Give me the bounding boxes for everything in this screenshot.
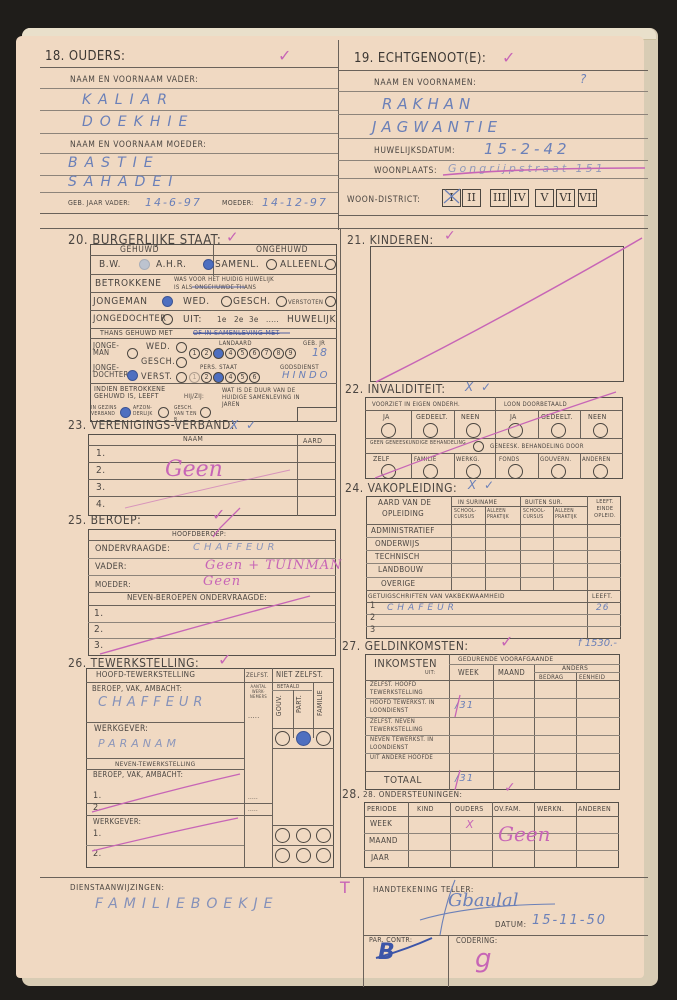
- in-gezins-label: IN GEZINS VERBAND: [91, 405, 117, 417]
- neven-dots-1: .....: [248, 794, 258, 801]
- treatment-anderen: ANDEREN: [582, 456, 611, 463]
- school-cursus-1: SCHOOL-CURSUS: [454, 508, 484, 520]
- jongedochter-label: JONGEDOCHTER: [93, 314, 166, 324]
- hij-zij-label: HIJ/ZIJ:: [184, 393, 204, 400]
- section-title: 24. VAKOPLEIDING:: [345, 481, 457, 495]
- school-cursus-2: SCHOOL-CURSUS: [523, 508, 553, 520]
- district-I[interactable]: I: [442, 189, 461, 207]
- huwelijk-label: HUWELIJK: [287, 314, 336, 325]
- col-aard-1: AARD VAN DE: [378, 499, 431, 506]
- group2-label: LOON DOORBETAALD: [504, 401, 567, 408]
- answer-ja-1: JA: [383, 414, 390, 421]
- in-gezins-radio[interactable]: [120, 407, 131, 418]
- birth-father-value: 14-6-97: [145, 196, 202, 209]
- duur-label-2: HUIDIGE SAMENLEVING IN: [222, 394, 300, 401]
- col-familie: FAMILIE: [317, 690, 324, 716]
- radio-gedeelt-2[interactable]: [551, 423, 566, 438]
- col-aard-2: OPLEIDING: [382, 510, 424, 517]
- wed-label: WED.: [183, 296, 210, 307]
- ondervraagde-label: ONDERVRAAGDE:: [95, 546, 170, 553]
- week-label: WEEK: [458, 669, 479, 676]
- mother-name-line-1: BASTIE: [68, 155, 160, 171]
- in-suriname: IN SURINAME: [458, 499, 497, 506]
- afzonderlijk-label: AFZON-DERLIJK: [133, 405, 157, 417]
- ordinal-more: .....: [266, 316, 279, 323]
- wed2-radio[interactable]: [176, 342, 187, 353]
- check-mark: ✓: [504, 780, 523, 796]
- jongeman-label: JONGEMAN: [93, 296, 148, 307]
- pers-staat-6[interactable]: 6: [249, 372, 260, 383]
- datum-label: DATUM:: [495, 920, 527, 929]
- section-title: 18. OUDERS:: [45, 49, 125, 64]
- jongedochter2-label: JONGE-DOCHTER: [93, 364, 123, 378]
- answer-neen-1: NEEN: [461, 414, 480, 421]
- radio-neven-part-2[interactable]: [296, 848, 311, 863]
- radio-familie[interactable]: [423, 464, 438, 479]
- row-jaar: JAAR: [371, 854, 389, 861]
- cert-3-num: 3: [370, 627, 375, 634]
- section-title: 23. VERENIGINGS-VERBAND:: [68, 418, 235, 432]
- geen-label: GEEN GENEESKUNDIGE BEHANDELING: [370, 440, 470, 446]
- answer-ja-2: JA: [510, 414, 517, 421]
- col-gouv: GOUV.: [276, 695, 283, 716]
- father-label: NAAM EN VOORNAAM VADER:: [70, 75, 198, 85]
- jongeman2-radio[interactable]: [127, 348, 138, 359]
- radio-neven-part-1[interactable]: [296, 828, 311, 843]
- betrokkene-label: BETROKKENE: [95, 278, 162, 289]
- zelfst-dots: .....: [248, 713, 260, 720]
- moeder-label: MOEDER:: [95, 581, 131, 588]
- kinderen-box[interactable]: [370, 246, 624, 382]
- cert-1-num: 1: [370, 603, 375, 610]
- hoofdberoep-label: HOOFDBEROEP:: [172, 531, 226, 538]
- radio-zelf[interactable]: [381, 464, 396, 479]
- col-aard: AARD: [303, 438, 322, 445]
- mark-x: X: [466, 818, 474, 831]
- col-werkn: WERKN.: [537, 806, 564, 813]
- option-bw-label: B.W.: [99, 259, 121, 270]
- pers-staat-2[interactable]: 2: [201, 372, 212, 383]
- radio-gouvern[interactable]: [551, 464, 566, 479]
- neven-row-2: 2.: [93, 803, 102, 813]
- section-title: 25. BEROEP:: [68, 513, 141, 527]
- jongeman2-label: JONGE-MAN: [93, 342, 123, 356]
- neven-beroep-label: BEROEP, VAK, AMBACHT:: [93, 771, 183, 778]
- datum-value: 15-11-50: [532, 913, 607, 928]
- col-kind: KIND: [417, 806, 434, 813]
- pers-staat-5[interactable]: 5: [237, 372, 248, 383]
- uit-label: UIT:: [425, 670, 435, 677]
- district-V[interactable]: V: [535, 189, 554, 207]
- gesch2-radio[interactable]: [176, 357, 187, 368]
- district-III[interactable]: III: [490, 189, 509, 207]
- ordinal-1: 1e: [217, 316, 227, 323]
- radio-ja-2[interactable]: [508, 423, 523, 438]
- mother-label: NAAM EN VOORNAAM MOEDER:: [70, 140, 207, 150]
- radio-part[interactable]: [296, 731, 311, 746]
- hoofd-label: HOOFD-TEWERKSTELLING: [96, 671, 195, 678]
- jongeman-radio[interactable]: [162, 296, 173, 307]
- duur-label-1: WAT IS DE DUUR VAN DE: [222, 387, 295, 394]
- vader-value: Geen + TUINMAN: [205, 558, 343, 573]
- landaard-9[interactable]: 9: [285, 348, 296, 359]
- marks: X ✓: [465, 380, 493, 394]
- neven-row-3: 3.: [94, 640, 104, 651]
- neven-werkgever-label: WERKGEVER:: [93, 818, 141, 825]
- treatment-fonds: FONDS: [499, 456, 519, 463]
- neven-dots-2: .....: [248, 806, 258, 813]
- row-maand: MAAND: [369, 837, 398, 844]
- radio-gouv[interactable]: [275, 731, 290, 746]
- birth-father-label: GEB. JAAR VADER:: [68, 200, 130, 207]
- wed-radio[interactable]: [221, 296, 232, 307]
- col-ovfam: OV.FAM.: [494, 806, 521, 813]
- section-title: 27. GELDINKOMSTEN:: [342, 639, 469, 653]
- marriage-date-value: 15-2-42: [484, 140, 571, 158]
- landaard-label: LANDAARD: [219, 340, 252, 347]
- radio-neven-gouv-1[interactable]: [275, 828, 290, 843]
- gescheiden-radio[interactable]: [200, 407, 211, 418]
- option-bw-radio[interactable]: [139, 259, 150, 270]
- mother-name-line-2: SAHADEI: [68, 174, 179, 190]
- landaard-2[interactable]: 2: [201, 348, 212, 359]
- werkgever-value: PARANAM: [98, 737, 180, 750]
- neven-row-1: 1.: [94, 608, 104, 619]
- divider: [340, 228, 341, 878]
- jongedochter2-radio[interactable]: [127, 370, 138, 381]
- landaard-1[interactable]: 1: [189, 348, 200, 359]
- was-voor-label-1: WAS VOOR HET HUIDIG HUWELIJK: [174, 276, 274, 283]
- alleen-praktijk-2: ALLEEN PRAKTIJK: [555, 508, 585, 520]
- row-3-label: ZELFST. NEVEN TEWERKSTELLING: [370, 718, 448, 734]
- codering-label: CODERING:: [456, 937, 497, 944]
- gedurende-label: GEDURENDE VOORAFGAANDE: [458, 656, 553, 663]
- district-II[interactable]: II: [462, 189, 481, 207]
- divider: [338, 40, 339, 230]
- zelfst-label: ZELFST.: [246, 672, 269, 679]
- option-ahr-label: A.H.R.: [156, 259, 187, 270]
- marriage-date-label: HUWELIJKSDATUM:: [374, 146, 455, 156]
- pers-staat-4[interactable]: 4: [225, 372, 236, 383]
- dienst-label: DIENSTAANWIJZINGEN:: [70, 883, 165, 892]
- beroep-value: CHAFFEUR: [98, 695, 207, 710]
- jongedochter-radio[interactable]: [162, 314, 173, 325]
- check-mark: ✓: [218, 650, 238, 669]
- radio-werkg[interactable]: [466, 464, 481, 479]
- ongehuwd-label: ONGEHUWD: [256, 245, 308, 255]
- geneesk-label: GENEESK. BEHANDELING DOOR: [490, 443, 584, 450]
- radio-fonds[interactable]: [508, 464, 523, 479]
- section-title: 21. KINDEREN:: [347, 233, 434, 247]
- geb-jr-value: 18: [312, 346, 328, 359]
- row-4-label: NEVEN TEWERKST. IN LOONDIENST: [370, 736, 448, 752]
- answer-gedeelt-1: GEDEELT.: [416, 414, 448, 421]
- radio-neven-gouv-2[interactable]: [275, 848, 290, 863]
- spouse-name-line-2: JAGWANTIE: [372, 118, 502, 136]
- verst2-label: VERST.: [141, 372, 172, 382]
- gesch2-label: GESCH.: [141, 357, 175, 367]
- wed2-label: WED.: [146, 342, 170, 352]
- dienst-mark: T: [340, 878, 357, 897]
- section-title: 19. ECHTGENOOT(E):: [354, 51, 486, 66]
- birth-mother-value: 14-12-97: [262, 196, 328, 209]
- landaard-3[interactable]: 3: [213, 348, 224, 359]
- moeder-value: Geen: [203, 574, 241, 589]
- margin-note: f 1530.-: [578, 638, 617, 649]
- col-anderen: ANDEREN: [578, 806, 611, 813]
- treatment-familie: FAMILIE: [414, 456, 437, 463]
- pers-staat-1[interactable]: 1: [189, 372, 200, 383]
- cert-1-age: 26: [596, 603, 609, 613]
- group1-label: VOORZIET IN EIGEN ONDERH.: [372, 401, 460, 408]
- check-mark: ✓: [278, 46, 298, 65]
- spouse-name-line-1: RAKHAN: [382, 95, 475, 113]
- option-samenl-label: SAMENL.: [215, 259, 259, 270]
- option-alleenl-label: ALLEENL.: [280, 259, 327, 270]
- werkgever-label: WERKGEVER:: [94, 726, 148, 733]
- radio-familie[interactable]: [316, 731, 331, 746]
- answer-neen-2: NEEN: [588, 414, 607, 421]
- thans-struck-label: OF IN SAMENLEVING MET: [193, 330, 280, 337]
- gesch-radio[interactable]: [276, 296, 287, 307]
- landaard-6[interactable]: 6: [249, 348, 260, 359]
- godsdienst-value: HINDO: [282, 370, 331, 381]
- row-administratief: ADMINISTRATIEF: [371, 527, 435, 534]
- signature: Gbaulal: [448, 890, 518, 911]
- row-1: 1.: [96, 448, 106, 459]
- anders-label: ANDERS: [562, 665, 588, 672]
- buiten-sur: BUITEN SUR.: [525, 499, 563, 506]
- col-part: PART.: [296, 695, 303, 713]
- check-mark: ✓: [500, 632, 520, 651]
- row-1-label: ZELFST. HOOFD TEWERKSTELLING: [370, 681, 448, 697]
- residence-label: WOONPLAATS:: [374, 166, 437, 176]
- option-samenl-radio[interactable]: [266, 259, 277, 270]
- handwritten-geen: Geen: [165, 457, 223, 482]
- radio-gedeelt-1[interactable]: [423, 423, 438, 438]
- check-mark: ✓: [502, 48, 522, 67]
- gesch-label: GESCH.: [233, 296, 271, 307]
- divider: [40, 228, 648, 229]
- row-technisch: TECHNISCH: [375, 553, 420, 560]
- radio-neven-familie-2[interactable]: [316, 848, 331, 863]
- treatment-gouvern: GOUVERN.: [540, 456, 571, 463]
- duur-label-3: JAREN: [222, 401, 240, 408]
- treatment-zelf: ZELF: [373, 456, 390, 463]
- uit-label: UIT:: [183, 314, 202, 325]
- row-2-label: HOOFD TEWERKST. IN LOONDIENST: [370, 699, 448, 715]
- row-3: 3.: [96, 482, 106, 493]
- leeft-einde: LEEFT. EINDE OPLEID.: [590, 499, 620, 520]
- aantal-label: AANTAL WERK-NEMERS: [245, 684, 272, 699]
- totaal-label: TOTAAL: [384, 775, 422, 786]
- landaard-7[interactable]: 7: [261, 348, 272, 359]
- verstoten-label: VERSTOTEN: [288, 299, 323, 306]
- geen-radio[interactable]: [473, 441, 484, 452]
- answer-gedeelt-2: GEDEELT.: [541, 414, 573, 421]
- neven-label: NEVEN-TEWERKSTELLING: [115, 761, 195, 768]
- col-periode: PERIODE: [367, 806, 397, 813]
- father-name-line-2: DOEKHIE: [82, 114, 194, 130]
- maand-label: MAAND: [498, 669, 525, 676]
- landaard-5[interactable]: 5: [237, 348, 248, 359]
- marks: X ✓: [230, 418, 258, 432]
- district-IV[interactable]: IV: [510, 189, 529, 207]
- birth-mother-label: MOEDER:: [222, 200, 254, 207]
- district-label: WOON-DISTRICT:: [347, 195, 420, 205]
- cert-2-num: 2: [370, 615, 375, 622]
- codering-value: g: [475, 944, 492, 974]
- par-contr-value: B: [378, 940, 395, 965]
- row-4: 4.: [96, 499, 106, 510]
- landaard-4[interactable]: 4: [225, 348, 236, 359]
- leeft-label: LEEFT.: [592, 593, 612, 600]
- vader-label: VADER:: [95, 564, 127, 571]
- treatment-werkg: WERKG.: [456, 456, 480, 463]
- radio-neen-2[interactable]: [593, 423, 608, 438]
- afzonderlijk-radio[interactable]: [158, 407, 169, 418]
- ordinal-3: 3e: [249, 316, 259, 323]
- row-onderwijs: ONDERWIJS: [375, 540, 419, 547]
- pers-staat-label: PERS. STAAT: [200, 364, 237, 371]
- neven-row-1: 1.: [93, 791, 102, 801]
- father-name-line-1: KALIAR: [82, 92, 174, 108]
- ondervraagde-value: CHAFFEUR: [193, 542, 278, 553]
- neven-label: NEVEN-BEROEPEN ONDERVRAAGDE:: [127, 594, 267, 601]
- option-ahr-radio[interactable]: [203, 259, 214, 270]
- niet-zelfst-label: NIET ZELFST.: [276, 671, 323, 678]
- neven-row-2: 2.: [94, 624, 104, 635]
- names-label: NAAM EN VOORNAMEN:: [374, 78, 476, 88]
- verst2-radio[interactable]: [176, 372, 187, 383]
- radio-ja-1[interactable]: [381, 423, 396, 438]
- section-title-number: 28.: [342, 787, 361, 801]
- verstoten-radio[interactable]: [325, 296, 336, 307]
- duur-input[interactable]: [297, 407, 337, 422]
- row-2-week: /31: [455, 700, 474, 711]
- check-mark: ✓: [212, 505, 232, 524]
- inkomsten-label: INKOMSTEN: [374, 657, 437, 670]
- col-naam: NAAM: [183, 436, 203, 443]
- gehuwd-label: GEHUWD: [120, 245, 159, 255]
- neven-werkgever-row-1: 1.: [93, 829, 102, 839]
- neven-werkgever-row-2: 2.: [93, 849, 102, 859]
- radio-anderen[interactable]: [593, 464, 608, 479]
- beroep-label: BEROEP, VAK, AMBACHT:: [92, 685, 182, 692]
- was-voor-label-2: IS ALS ONGEHUWDE THANS: [174, 284, 256, 291]
- handwritten-geen: Geen: [498, 822, 551, 846]
- ordinal-2: 2e: [234, 316, 244, 323]
- district-VI[interactable]: VI: [556, 189, 575, 207]
- row-week: WEEK: [370, 820, 392, 827]
- check-mark: ✓: [444, 228, 463, 244]
- alleen-praktijk-1: ALLEEN PRAKTIJK: [487, 508, 517, 520]
- radio-neen-1[interactable]: [466, 423, 481, 438]
- section-title: 22. INVALIDITEIT:: [345, 382, 446, 396]
- dienst-value: FAMILIEBOEKJE: [95, 896, 278, 912]
- option-alleenl-radio[interactable]: [325, 259, 336, 270]
- landaard-8[interactable]: 8: [273, 348, 284, 359]
- residence-value: Gongrijpstraat 151: [448, 162, 606, 175]
- cert-1-value: CHAFEUR: [387, 603, 458, 613]
- getuig-label: GETUIGSCHRIFTEN VAN VAKBEKWAAMHEID: [368, 593, 505, 600]
- col-ouders: OUDERS: [455, 806, 484, 813]
- section-title: 28. ONDERSTEUNINGEN:: [363, 790, 462, 799]
- row-landbouw: LANDBOUW: [378, 566, 423, 573]
- thans-label: THANS GEHUWD MET: [100, 330, 173, 337]
- names-mark: ?: [580, 72, 593, 86]
- totaal-week: /31: [455, 773, 474, 784]
- row-5-label: UIT ANDERE HOOFDE: [370, 754, 448, 762]
- indien-label-2: GEHUWD IS, LEEFT: [94, 393, 159, 400]
- marks: X ✓: [468, 478, 496, 492]
- radio-neven-familie-1[interactable]: [316, 828, 331, 843]
- district-VII[interactable]: VII: [578, 189, 597, 207]
- row-overige: OVERIGE: [381, 580, 415, 587]
- row-2: 2.: [96, 465, 106, 476]
- pers-staat-3[interactable]: 3: [213, 372, 224, 383]
